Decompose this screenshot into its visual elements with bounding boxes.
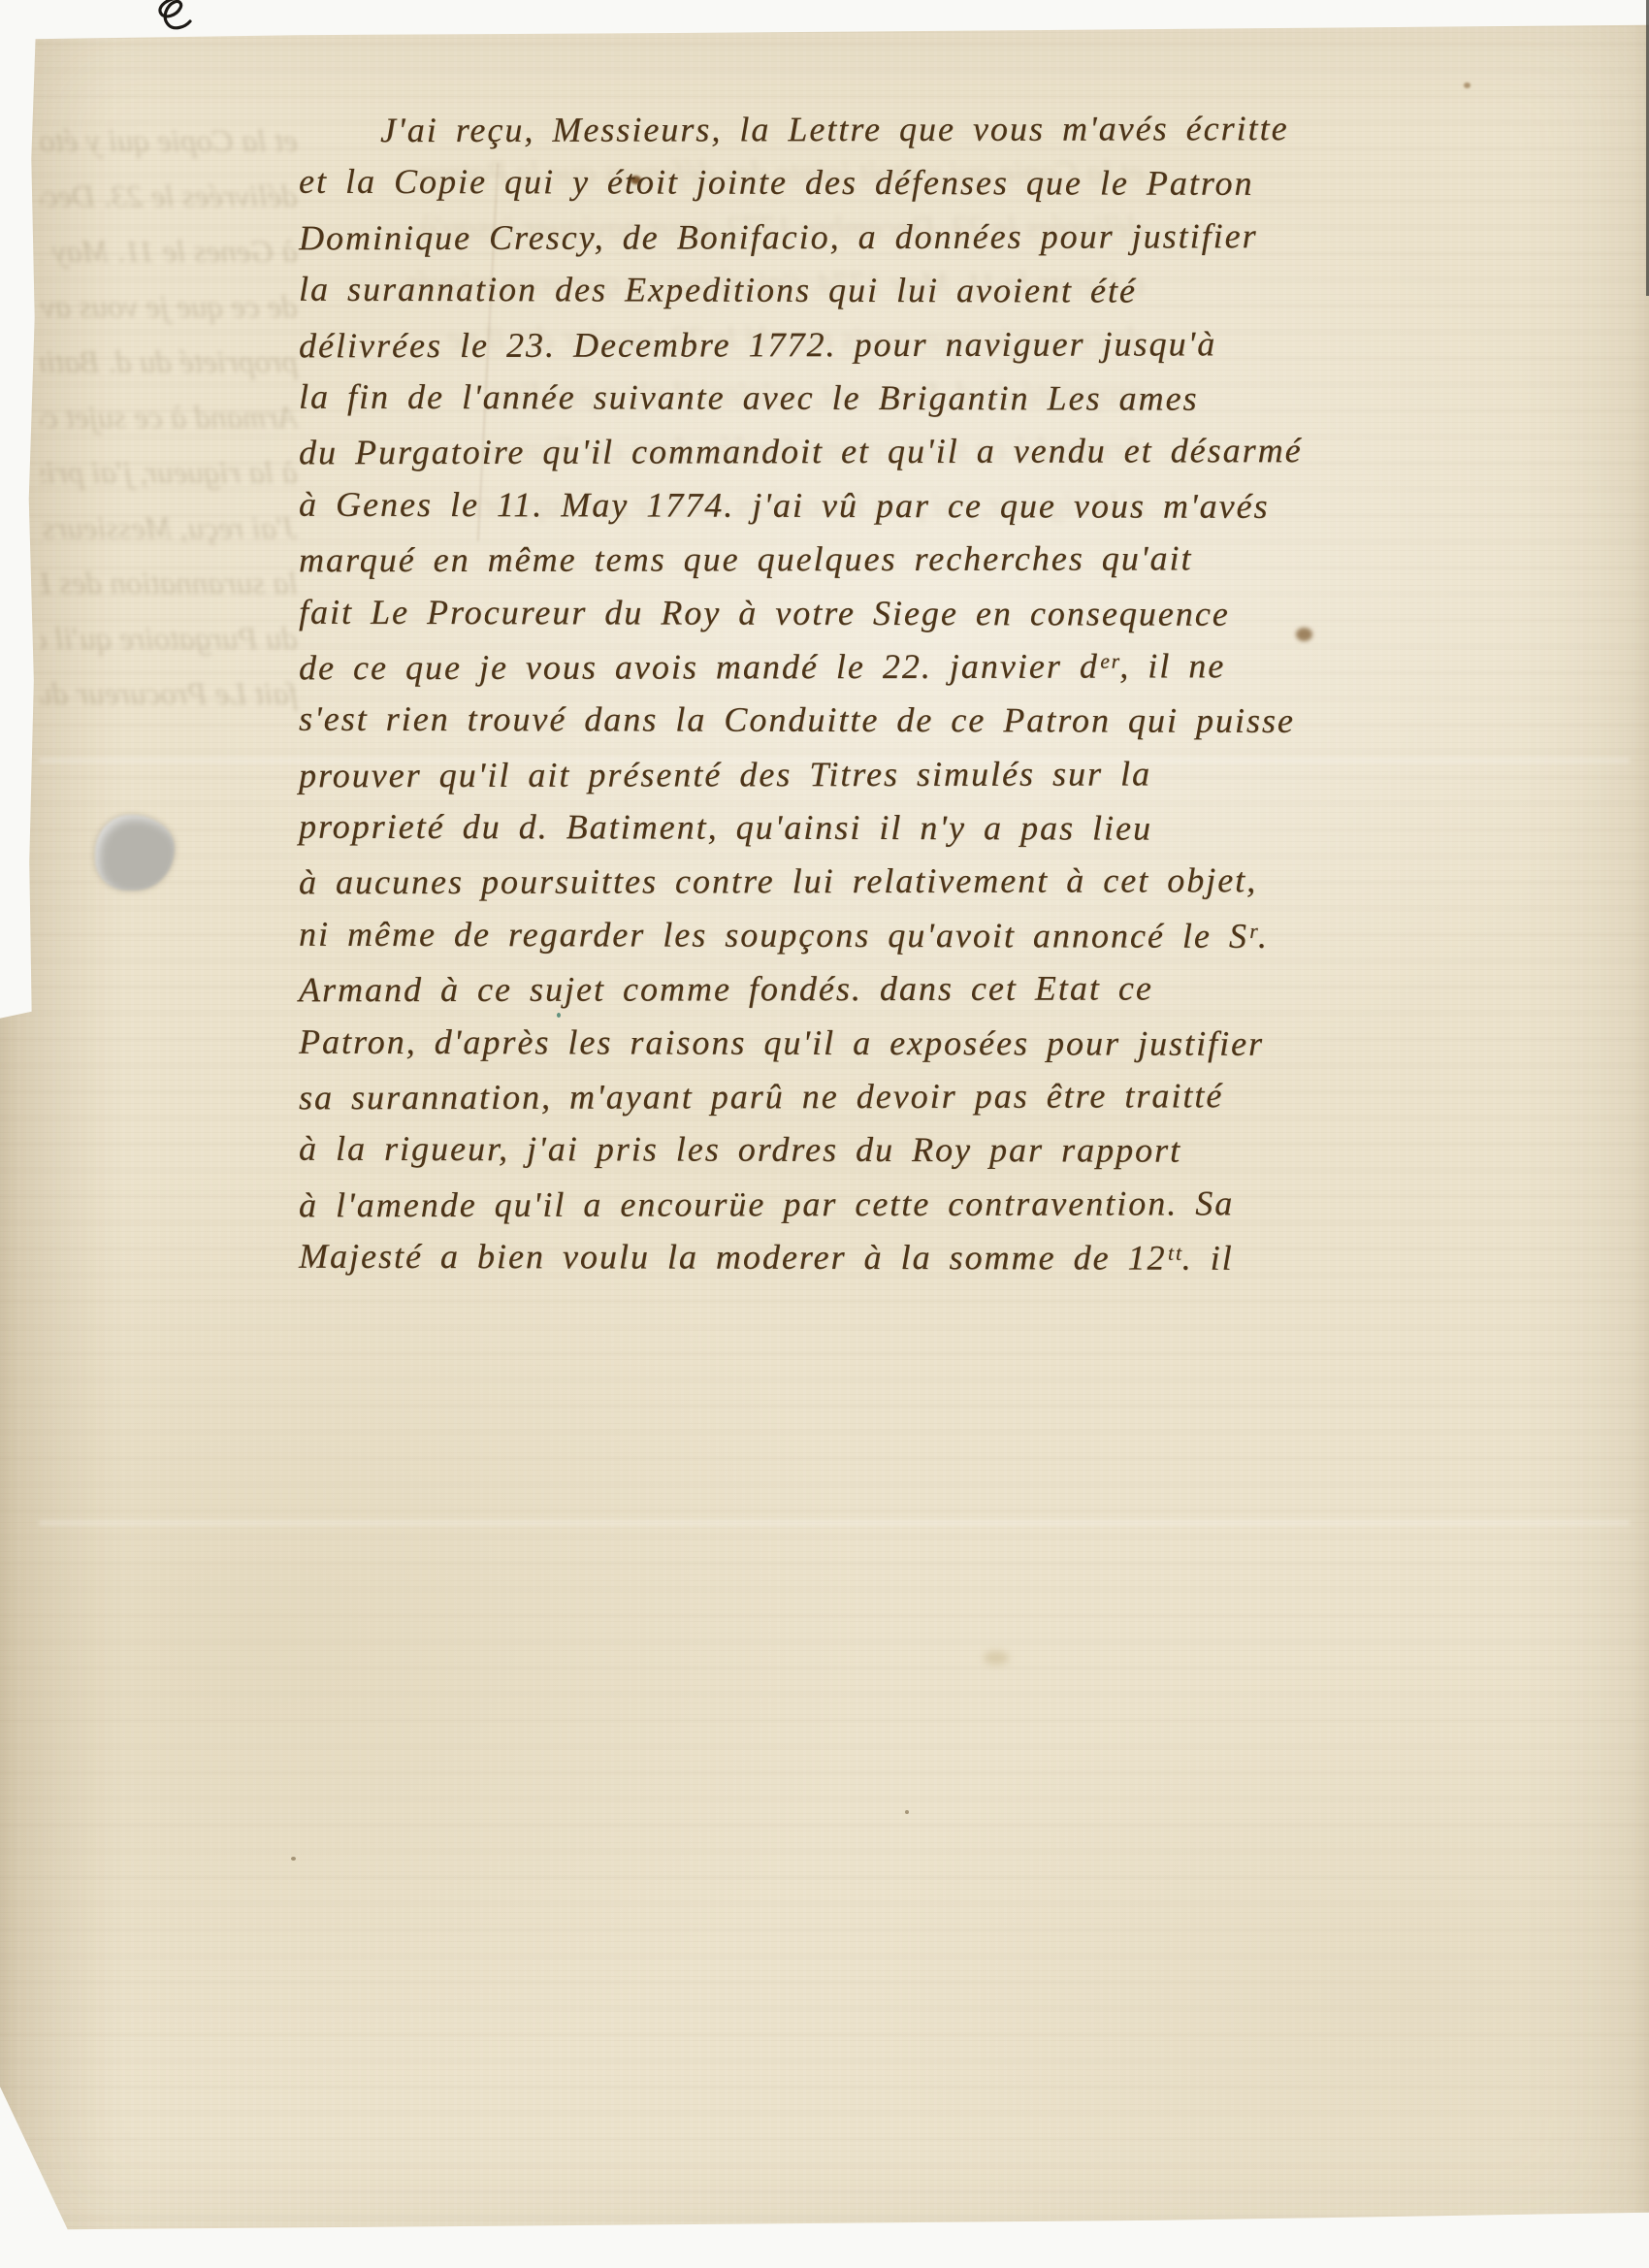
letter-line: délivrées le 23. Decembre 1772. pour nav… (299, 316, 1472, 373)
letter-line: à aucunes poursuittes contre lui relativ… (299, 854, 1472, 910)
letter-line: la fin de l'année suivante avec le Briga… (299, 371, 1472, 427)
letter-line: Patron, d'après les raisons qu'il a expo… (299, 1015, 1472, 1071)
letter-line: à l'amende qu'il a encourüe par cette co… (299, 1177, 1472, 1233)
letter-line: du Purgatoire qu'il commandoit et qu'il … (299, 424, 1472, 480)
letter-line: prouver qu'il ait présenté des Titres si… (299, 746, 1472, 802)
letter-line: la surannation des Expeditions qui lui a… (299, 263, 1472, 319)
letter-line: de ce que je vous avois mandé le 22. jan… (299, 639, 1472, 696)
letter-line: J'ai reçu, Messieurs, la Lettre que vous… (299, 102, 1472, 158)
letter-line: et la Copie qui y étoit jointe des défen… (299, 155, 1472, 211)
ink-mark (147, 0, 198, 33)
letter-line: s'est rien trouvé dans la Conduitte de c… (299, 693, 1472, 749)
scanned-letter-page: et la Copie qui y étoit jointe des défen… (0, 0, 1649, 2268)
letter-body: J'ai reçu, Messieurs, la Lettre que vous… (299, 103, 1472, 1285)
letter-line: proprieté du d. Batiment, qu'ainsi il n'… (299, 800, 1472, 857)
letter-line: à Genes le 11. May 1774. j'ai vû par ce … (299, 477, 1472, 534)
letter-line: Majesté a bien voulu la moderer à la som… (299, 1230, 1472, 1286)
letter-line: à la rigueur, j'ai pris les ordres du Ro… (299, 1122, 1472, 1179)
fold-crease (39, 1521, 1630, 1525)
letter-line: Dominique Crescy, de Bonifacio, a donnée… (299, 210, 1472, 266)
letter-line: fait Le Procureur du Roy à votre Siege e… (299, 585, 1472, 641)
letter-line: Armand à ce sujet comme fondés. dans cet… (299, 961, 1472, 1018)
letter-line: marqué en même tems que quelques recherc… (299, 532, 1472, 588)
letter-line: sa surannation, m'ayant parû ne devoir p… (299, 1069, 1472, 1125)
letter-line: ni même de regarder les soupçons qu'avoi… (299, 908, 1472, 964)
